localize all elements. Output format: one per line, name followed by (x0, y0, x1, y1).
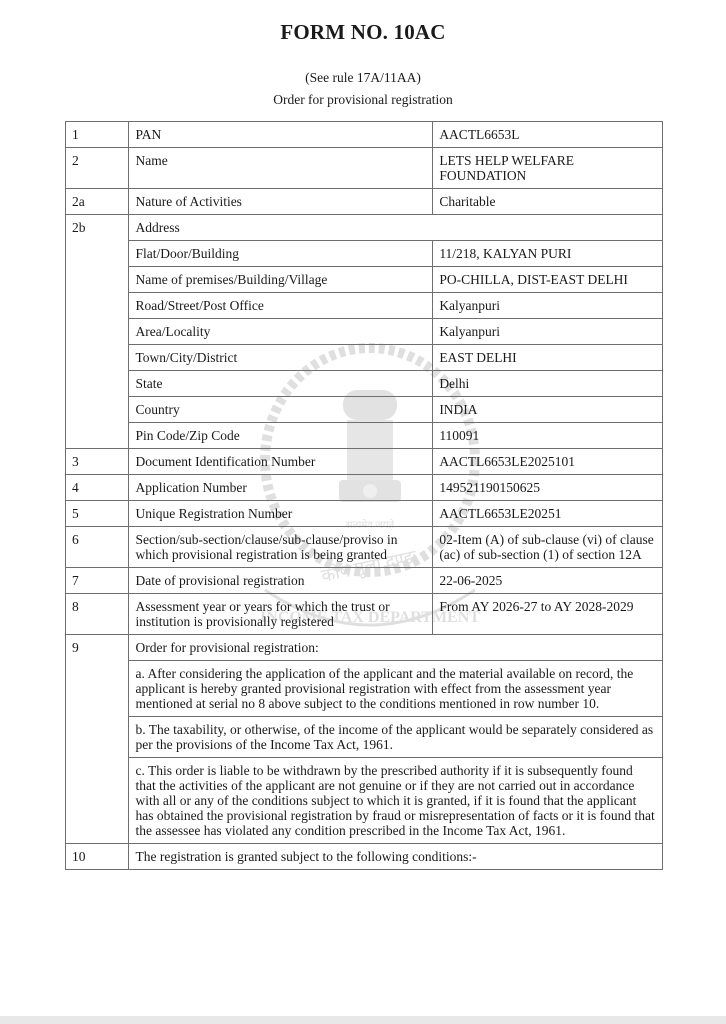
order-paragraph-a: a. After considering the application of … (129, 661, 663, 717)
table-row: 1 PAN AACTL6653L (66, 122, 663, 148)
order-label: Order for provisional registration: (129, 635, 663, 661)
name-value: LETS HELP WELFARE FOUNDATION (433, 148, 663, 189)
row-number: 6 (66, 527, 129, 568)
address-field-label: Pin Code/Zip Code (129, 423, 433, 449)
address-field-label: Flat/Door/Building (129, 241, 433, 267)
address-field-label: Country (129, 397, 433, 423)
table-row: 5 Unique Registration Number AACTL6653LE… (66, 501, 663, 527)
table-row: 2a Nature of Activities Charitable (66, 189, 663, 215)
unique-registration-value: AACTL6653LE20251 (433, 501, 663, 527)
order-paragraph-row: b. The taxability, or otherwise, of the … (66, 717, 663, 758)
table-row: 3 Document Identification Number AACTL66… (66, 449, 663, 475)
address-row: Town/City/District EAST DELHI (66, 345, 663, 371)
address-row: Name of premises/Building/Village PO-CHI… (66, 267, 663, 293)
row-number: 10 (66, 844, 129, 870)
order-paragraph-row: a. After considering the application of … (66, 661, 663, 717)
unique-registration-label: Unique Registration Number (129, 501, 433, 527)
address-field-label: Area/Locality (129, 319, 433, 345)
table-row: 4 Application Number 149521190150625 (66, 475, 663, 501)
address-field-value: PO-CHILLA, DIST-EAST DELHI (433, 267, 663, 293)
nature-of-activities-value: Charitable (433, 189, 663, 215)
nature-of-activities-label: Nature of Activities (129, 189, 433, 215)
registration-table: 1 PAN AACTL6653L 2 Name LETS HELP WELFAR… (65, 121, 663, 870)
address-field-value: 11/218, KALYAN PURI (433, 241, 663, 267)
assessment-year-value: From AY 2026-27 to AY 2028-2029 (433, 594, 663, 635)
address-field-label: Town/City/District (129, 345, 433, 371)
row-number: 8 (66, 594, 129, 635)
table-row: 2b Address (66, 215, 663, 241)
registration-date-label: Date of provisional registration (129, 568, 433, 594)
form-subtitle: Order for provisional registration (0, 92, 726, 108)
section-value: 02-Item (A) of sub-clause (vi) of clause… (433, 527, 663, 568)
order-paragraph-row: c. This order is liable to be withdrawn … (66, 758, 663, 844)
row-number: 2b (66, 215, 129, 449)
address-row: State Delhi (66, 371, 663, 397)
row-number: 1 (66, 122, 129, 148)
form-title: FORM NO. 10AC (0, 20, 726, 45)
address-field-value: 110091 (433, 423, 663, 449)
address-field-label: State (129, 371, 433, 397)
address-row: Area/Locality Kalyanpuri (66, 319, 663, 345)
order-paragraph-b: b. The taxability, or otherwise, of the … (129, 717, 663, 758)
table-row: 9 Order for provisional registration: (66, 635, 663, 661)
address-field-value: EAST DELHI (433, 345, 663, 371)
address-row: Flat/Door/Building 11/218, KALYAN PURI (66, 241, 663, 267)
rule-reference: (See rule 17A/11AA) (0, 70, 726, 86)
table-row: 2 Name LETS HELP WELFARE FOUNDATION (66, 148, 663, 189)
table-row: 6 Section/sub-section/clause/sub-clause/… (66, 527, 663, 568)
address-field-label: Road/Street/Post Office (129, 293, 433, 319)
address-row: Pin Code/Zip Code 110091 (66, 423, 663, 449)
page-edge (0, 1016, 726, 1024)
address-field-value: Kalyanpuri (433, 319, 663, 345)
address-field-label: Name of premises/Building/Village (129, 267, 433, 293)
application-number-label: Application Number (129, 475, 433, 501)
address-row: Country INDIA (66, 397, 663, 423)
assessment-year-label: Assessment year or years for which the t… (129, 594, 433, 635)
name-label: Name (129, 148, 433, 189)
row-number: 5 (66, 501, 129, 527)
order-paragraph-c: c. This order is liable to be withdrawn … (129, 758, 663, 844)
row-number: 7 (66, 568, 129, 594)
address-field-value: Delhi (433, 371, 663, 397)
address-field-value: INDIA (433, 397, 663, 423)
row-number: 9 (66, 635, 129, 844)
table-row: 8 Assessment year or years for which the… (66, 594, 663, 635)
address-row: Road/Street/Post Office Kalyanpuri (66, 293, 663, 319)
row-number: 3 (66, 449, 129, 475)
address-field-value: Kalyanpuri (433, 293, 663, 319)
row-number: 4 (66, 475, 129, 501)
pan-label: PAN (129, 122, 433, 148)
table-row: 10 The registration is granted subject t… (66, 844, 663, 870)
row-number: 2a (66, 189, 129, 215)
row-number: 2 (66, 148, 129, 189)
address-label: Address (129, 215, 663, 241)
pan-value: AACTL6653L (433, 122, 663, 148)
table-row: 7 Date of provisional registration 22-06… (66, 568, 663, 594)
registration-date-value: 22-06-2025 (433, 568, 663, 594)
document-id-value: AACTL6653LE2025101 (433, 449, 663, 475)
document-id-label: Document Identification Number (129, 449, 433, 475)
section-label: Section/sub-section/clause/sub-clause/pr… (129, 527, 433, 568)
conditions-label: The registration is granted subject to t… (129, 844, 663, 870)
application-number-value: 149521190150625 (433, 475, 663, 501)
